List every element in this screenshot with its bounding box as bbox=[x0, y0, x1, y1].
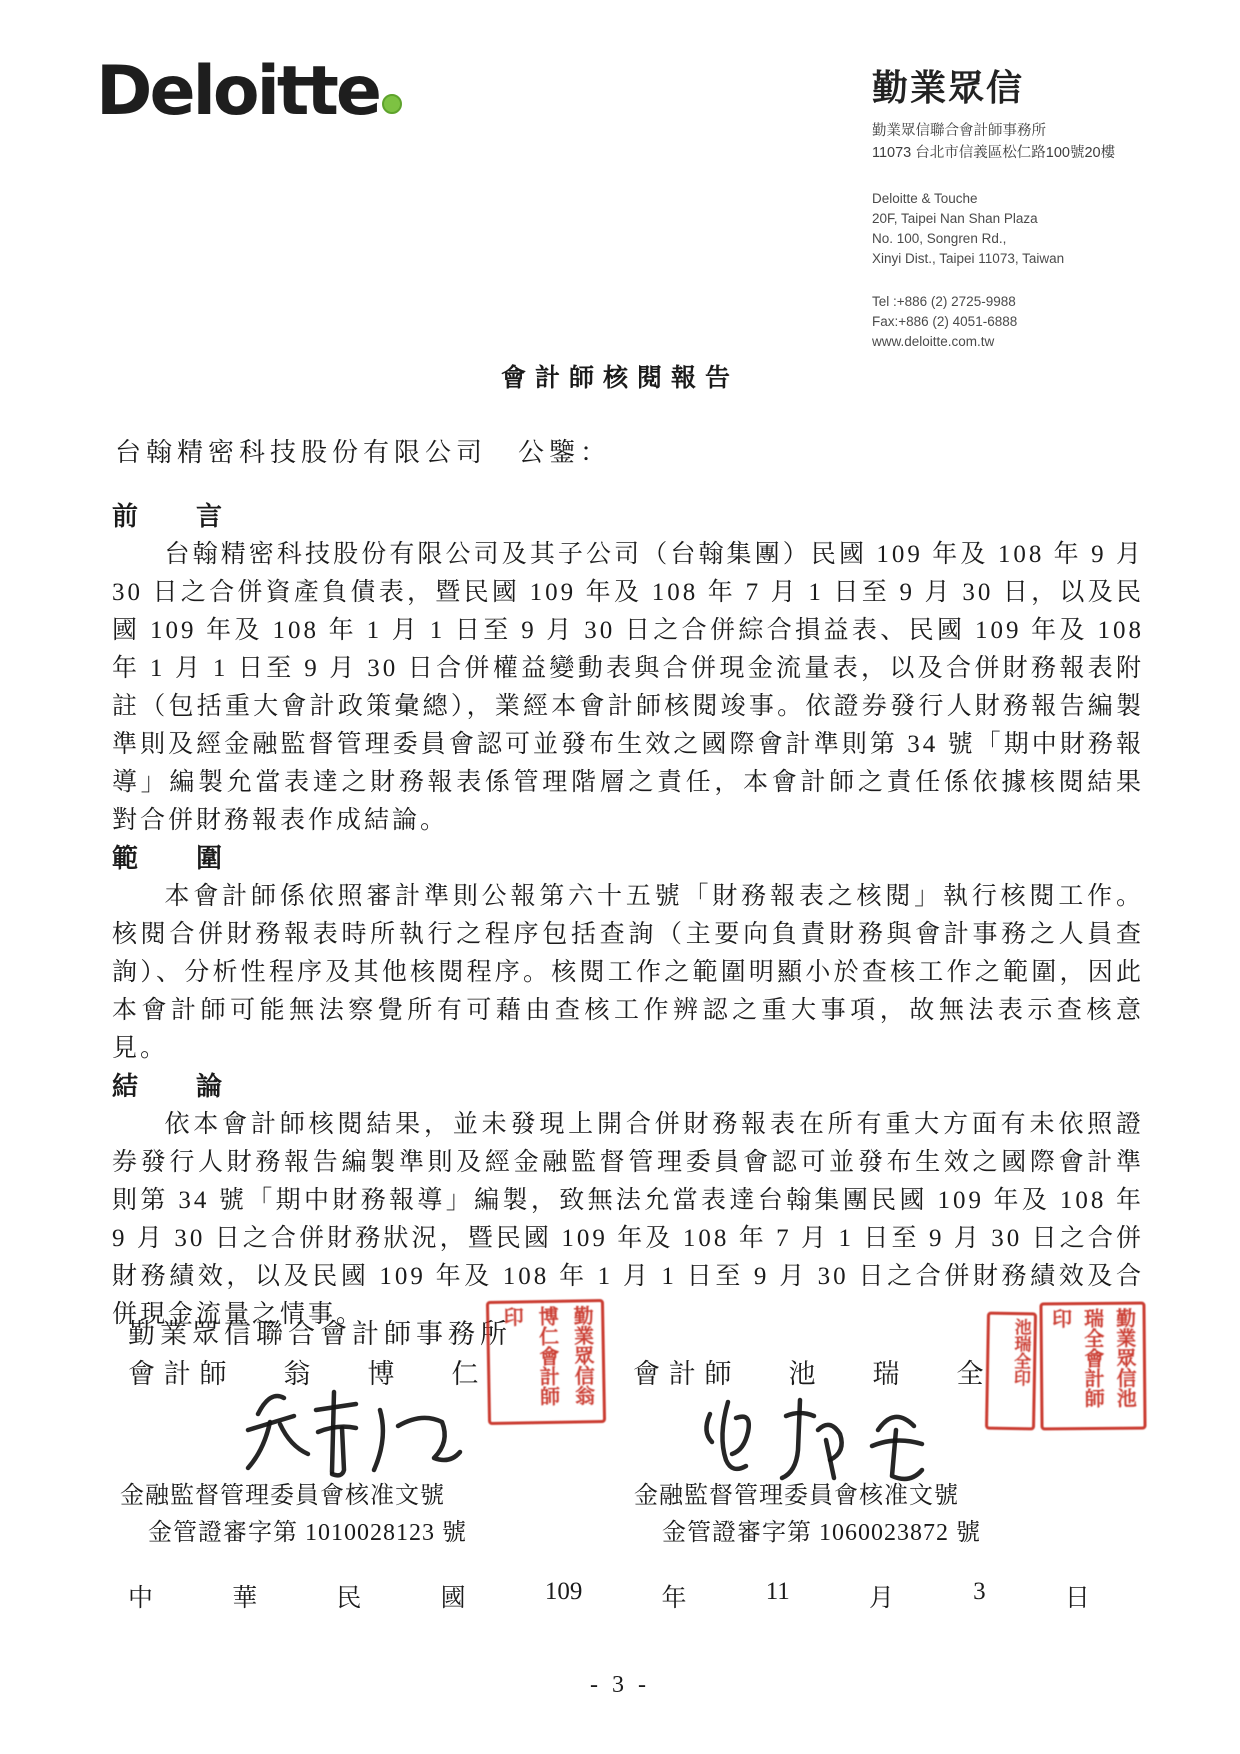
addressee-line: 台翰精密科技股份有限公司 公鑒： bbox=[115, 432, 611, 469]
report-body: 前 言 台翰精密科技股份有限公司及其子公司（台翰集團）民國 109 年及 108… bbox=[112, 498, 1144, 1334]
deloitte-logo: Deloitte bbox=[96, 52, 402, 131]
roc-date-line: 中 華 民 國 109 年 11 月 3 日 bbox=[128, 1578, 1090, 1614]
section-body-conclusion: 依本會計師核閱結果，並未發現上開合併財務報表在所有重大方面有未依照證券發行人財務… bbox=[112, 1106, 1144, 1334]
section-body-foreword: 台翰精密科技股份有限公司及其子公司（台翰集團）民國 109 年及 108 年 9… bbox=[112, 536, 1144, 840]
review-report-page: Deloitte 勤業眾信 勤業眾信聯合會計師事務所 11073 台北市信義區松… bbox=[0, 0, 1240, 1754]
date-token: 月 bbox=[869, 1578, 894, 1614]
firm-contact: Tel :+886 (2) 2725-9988 Fax:+886 (2) 405… bbox=[872, 292, 1202, 353]
section-heading-foreword: 前 言 bbox=[112, 498, 1144, 536]
handwritten-signature-left bbox=[238, 1382, 468, 1482]
firm-en-line4: Xinyi Dist., Taipei 11073, Taiwan bbox=[872, 249, 1202, 269]
date-token: 華 bbox=[232, 1578, 257, 1614]
tel-line: Tel :+886 (2) 2725-9988 bbox=[872, 292, 1202, 312]
approval-left: 金融監督管理委員會核准文號 金管證審字第 1010028123 號 bbox=[120, 1478, 467, 1552]
accountant-right-name: 會 計 師 池 瑞 全 bbox=[633, 1352, 985, 1391]
firm-address-zh: 勤業眾信聯合會計師事務所 11073 台北市信義區松仁路100號20樓 bbox=[872, 120, 1202, 165]
date-token: 中 bbox=[128, 1578, 153, 1614]
firm-header-block: 勤業眾信 勤業眾信聯合會計師事務所 11073 台北市信義區松仁路100號20樓… bbox=[872, 68, 1202, 352]
page-number: - 3 - bbox=[0, 1672, 1240, 1699]
approval-left-line2: 金管證審字第 1010028123 號 bbox=[120, 1515, 467, 1552]
date-token: 11 bbox=[766, 1578, 790, 1614]
red-seal-right-narrow: 池瑞全印 bbox=[985, 1312, 1037, 1431]
red-seal-left: 勤業眾信翁博仁會計師印 bbox=[486, 1299, 606, 1425]
fax-line: Fax:+886 (2) 4051-6888 bbox=[872, 312, 1202, 332]
date-token: 日 bbox=[1065, 1578, 1090, 1614]
handwritten-signature-right bbox=[690, 1388, 950, 1488]
logo-green-dot-icon bbox=[382, 94, 402, 114]
section-heading-scope: 範 圍 bbox=[112, 840, 1144, 878]
date-token: 國 bbox=[441, 1578, 466, 1614]
firm-zh-line2: 11073 台北市信義區松仁路100號20樓 bbox=[872, 142, 1202, 164]
date-token: 109 bbox=[545, 1578, 583, 1614]
firm-name-zh: 勤業眾信 bbox=[872, 68, 1202, 108]
firm-en-line3: No. 100, Songren Rd., bbox=[872, 229, 1202, 249]
firm-zh-line1: 勤業眾信聯合會計師事務所 bbox=[872, 120, 1202, 142]
section-heading-conclusion: 結 論 bbox=[112, 1068, 1144, 1106]
date-token: 3 bbox=[973, 1578, 986, 1614]
section-body-scope: 本會計師係依照審計準則公報第六十五號「財務報表之核閱」執行核閱工作。核閱合併財務… bbox=[112, 878, 1144, 1068]
signing-firm-line: 勤業眾信聯合會計師事務所 bbox=[128, 1312, 512, 1351]
firm-address-en: Deloitte & Touche 20F, Taipei Nan Shan P… bbox=[872, 189, 1202, 270]
date-token: 民 bbox=[336, 1578, 361, 1614]
firm-en-line1: Deloitte & Touche bbox=[872, 189, 1202, 209]
report-title: 會計師核閱報告 bbox=[0, 358, 1240, 394]
approval-right: 金融監督管理委員會核准文號 金管證審字第 1060023872 號 bbox=[634, 1478, 981, 1552]
red-seal-right: 勤業眾信池瑞全會計師印 bbox=[1039, 1302, 1146, 1431]
firm-en-line2: 20F, Taipei Nan Shan Plaza bbox=[872, 209, 1202, 229]
website-line: www.deloitte.com.tw bbox=[872, 332, 1202, 352]
date-token: 年 bbox=[662, 1578, 687, 1614]
deloitte-wordmark: Deloitte bbox=[96, 52, 379, 131]
approval-left-line1: 金融監督管理委員會核准文號 bbox=[120, 1478, 467, 1515]
approval-right-line2: 金管證審字第 1060023872 號 bbox=[634, 1515, 981, 1552]
approval-right-line1: 金融監督管理委員會核准文號 bbox=[634, 1478, 981, 1515]
